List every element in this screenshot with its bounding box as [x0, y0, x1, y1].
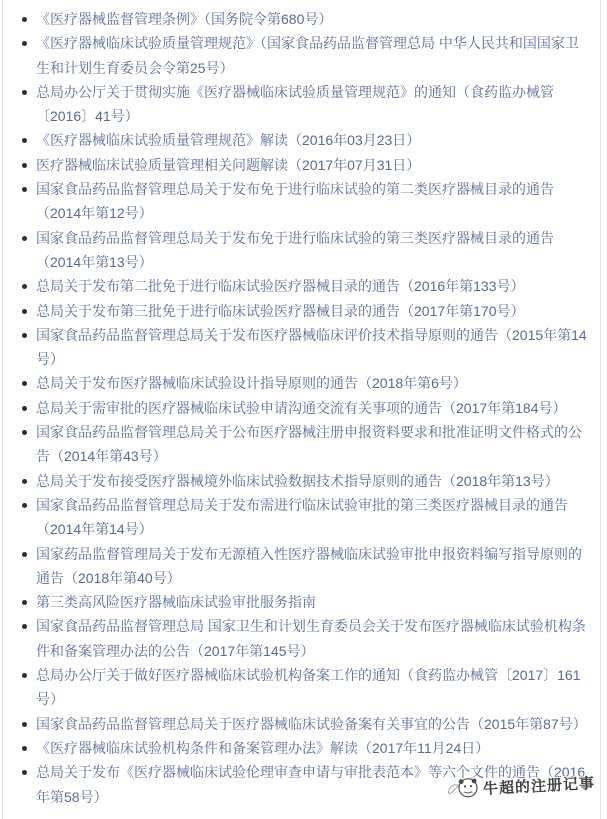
- list-item: 总局关于发布第三批免于进行临床试验医疗器械目录的通告（2017年第170号）: [36, 299, 590, 323]
- list-item: 总局关于发布医疗器械临床试验设计指导原则的通告（2018年第6号）: [36, 371, 590, 395]
- list-item: 总局办公厅关于贯彻实施《医疗器械临床试验质量管理规范》的通知（食药监办械管〔20…: [36, 80, 590, 129]
- doc-link[interactable]: 国家食品药品监督管理总局关于发布免于进行临床试验的第二类医疗器械目录的通告（20…: [36, 181, 554, 221]
- doc-link[interactable]: 第三类高风险医疗器械临床试验审批服务指南: [36, 594, 316, 610]
- list-item: 总局关于发布第二批免于进行临床试验医疗器械目录的通告（2016年第133号）: [36, 274, 590, 298]
- bullet-icon: [22, 673, 27, 678]
- list-item: 国家食品药品监督管理总局关于发布免于进行临床试验的第二类医疗器械目录的通告（20…: [36, 177, 590, 226]
- list-item: 国家食品药品监督管理总局关于医疗器械临床试验备案有关事宜的公告（2015年第87…: [36, 712, 590, 736]
- doc-link[interactable]: 国家食品药品监督管理总局关于发布医疗器械临床评价技术指导原则的通告（2015年第…: [36, 327, 587, 367]
- doc-link[interactable]: 总局关于发布第二批免于进行临床试验医疗器械目录的通告（2016年第133号）: [36, 278, 525, 294]
- doc-link[interactable]: 总局办公厅关于做好医疗器械临床试验机构备案工作的通知（食药监办械管〔2017〕1…: [36, 667, 581, 707]
- list-item: 国家食品药品监督管理总局关于发布免于进行临床试验的第三类医疗器械目录的通告（20…: [36, 226, 590, 275]
- bullet-icon: [22, 187, 27, 192]
- doc-link[interactable]: 《医疗器械监督管理条例》（国务院令第680号）: [36, 11, 332, 27]
- document-link-list: 《医疗器械监督管理条例》（国务院令第680号） 《医疗器械临床试验质量管理规范》…: [3, 0, 600, 809]
- bullet-icon: [22, 430, 27, 435]
- article-page: { "page": { "background_color": "#ffffff…: [0, 0, 607, 819]
- list-item: 总局关于需审批的医疗器械临床试验申请沟通交流有关事项的通告（2017年第184号…: [36, 396, 590, 420]
- list-item: 《医疗器械临床试验质量管理规范》解读（2016年03月23日）: [36, 128, 590, 152]
- doc-link[interactable]: 总局关于需审批的医疗器械临床试验申请沟通交流有关事项的通告（2017年第184号…: [36, 400, 567, 416]
- list-item: 国家食品药品监督管理总局关于发布医疗器械临床评价技术指导原则的通告（2015年第…: [36, 323, 590, 372]
- bullet-icon: [22, 552, 27, 557]
- doc-link[interactable]: 总局关于发布《医疗器械临床试验伦理审查申请与审批表范本》等六个文件的通告（201…: [36, 764, 585, 804]
- list-item: 第三类高风险医疗器械临床试验审批服务指南: [36, 590, 590, 614]
- bullet-icon: [22, 746, 27, 751]
- bullet-icon: [22, 284, 27, 289]
- bullet-icon: [22, 600, 27, 605]
- bullet-icon: [22, 309, 27, 314]
- doc-link[interactable]: 总局关于发布医疗器械临床试验设计指导原则的通告（2018年第6号）: [36, 375, 467, 391]
- list-item: 总局关于发布接受医疗器械境外临床试验数据技术指导原则的通告（2018年第13号）: [36, 469, 590, 493]
- list-item: 总局办公厅关于做好医疗器械临床试验机构备案工作的通知（食药监办械管〔2017〕1…: [36, 663, 590, 712]
- bullet-icon: [22, 138, 27, 143]
- bullet-icon: [22, 722, 27, 727]
- bullet-icon: [22, 624, 27, 629]
- doc-link[interactable]: 医疗器械临床试验质量管理相关问题解读（2017年07月31日）: [36, 157, 420, 173]
- doc-link[interactable]: 总局关于发布第三批免于进行临床试验医疗器械目录的通告（2017年第170号）: [36, 303, 525, 319]
- bullet-icon: [22, 381, 27, 386]
- article-content: 《医疗器械监督管理条例》（国务院令第680号） 《医疗器械临床试验质量管理规范》…: [2, 0, 601, 819]
- doc-link[interactable]: 国家食品药品监督管理总局关于发布免于进行临床试验的第三类医疗器械目录的通告（20…: [36, 230, 554, 270]
- list-item: 《医疗器械临床试验机构条件和备案管理办法》解读（2017年11月24日）: [36, 736, 590, 760]
- list-item: 国家药品监督管理局关于发布无源植入性医疗器械临床试验审批申报资料编写指导原则的通…: [36, 542, 590, 591]
- list-item: 总局关于发布《医疗器械临床试验伦理审查申请与审批表范本》等六个文件的通告（201…: [36, 760, 590, 809]
- list-item: 医疗器械临床试验质量管理相关问题解读（2017年07月31日）: [36, 153, 590, 177]
- bullet-icon: [22, 333, 27, 338]
- bullet-icon: [22, 163, 27, 168]
- doc-link[interactable]: 国家药品监督管理局关于发布无源植入性医疗器械临床试验审批申报资料编写指导原则的通…: [36, 546, 582, 586]
- doc-link[interactable]: 总局关于发布接受医疗器械境外临床试验数据技术指导原则的通告（2018年第13号）: [36, 473, 559, 489]
- bullet-icon: [22, 90, 27, 95]
- doc-link[interactable]: 总局办公厅关于贯彻实施《医疗器械临床试验质量管理规范》的通知（食药监办械管〔20…: [36, 84, 554, 124]
- doc-link[interactable]: 《医疗器械临床试验质量管理规范》（国家食品药品监督管理总局 中华人民共和国国家卫…: [36, 35, 579, 75]
- bullet-icon: [22, 17, 27, 22]
- bullet-icon: [22, 770, 27, 775]
- bullet-icon: [22, 406, 27, 411]
- list-item: 国家食品药品监督管理总局关于发布需进行临床试验审批的第三类医疗器械目录的通告（2…: [36, 493, 590, 542]
- doc-link[interactable]: 国家食品药品监督管理总局关于发布需进行临床试验审批的第三类医疗器械目录的通告（2…: [36, 497, 568, 537]
- doc-link[interactable]: 《医疗器械临床试验机构条件和备案管理办法》解读（2017年11月24日）: [36, 740, 489, 756]
- doc-link[interactable]: 国家食品药品监督管理总局关于公布医疗器械注册申报资料要求和批准证明文件格式的公告…: [36, 424, 582, 464]
- doc-link[interactable]: 《医疗器械临床试验质量管理规范》解读（2016年03月23日）: [36, 132, 420, 148]
- list-item: 《医疗器械监督管理条例》（国务院令第680号）: [36, 7, 590, 31]
- bullet-icon: [22, 41, 27, 46]
- bullet-icon: [22, 503, 27, 508]
- doc-link[interactable]: 国家食品药品监督管理总局 国家卫生和计划生育委员会关于发布医疗器械临床试验机构条…: [36, 618, 586, 658]
- doc-link[interactable]: 国家食品药品监督管理总局关于医疗器械临床试验备案有关事宜的公告（2015年第87…: [36, 716, 587, 732]
- bullet-icon: [22, 479, 27, 484]
- list-item: 国家食品药品监督管理总局关于公布医疗器械注册申报资料要求和批准证明文件格式的公告…: [36, 420, 590, 469]
- list-item: 国家食品药品监督管理总局 国家卫生和计划生育委员会关于发布医疗器械临床试验机构条…: [36, 614, 590, 663]
- list-item: 《医疗器械临床试验质量管理规范》（国家食品药品监督管理总局 中华人民共和国国家卫…: [36, 31, 590, 80]
- bullet-icon: [22, 236, 27, 241]
